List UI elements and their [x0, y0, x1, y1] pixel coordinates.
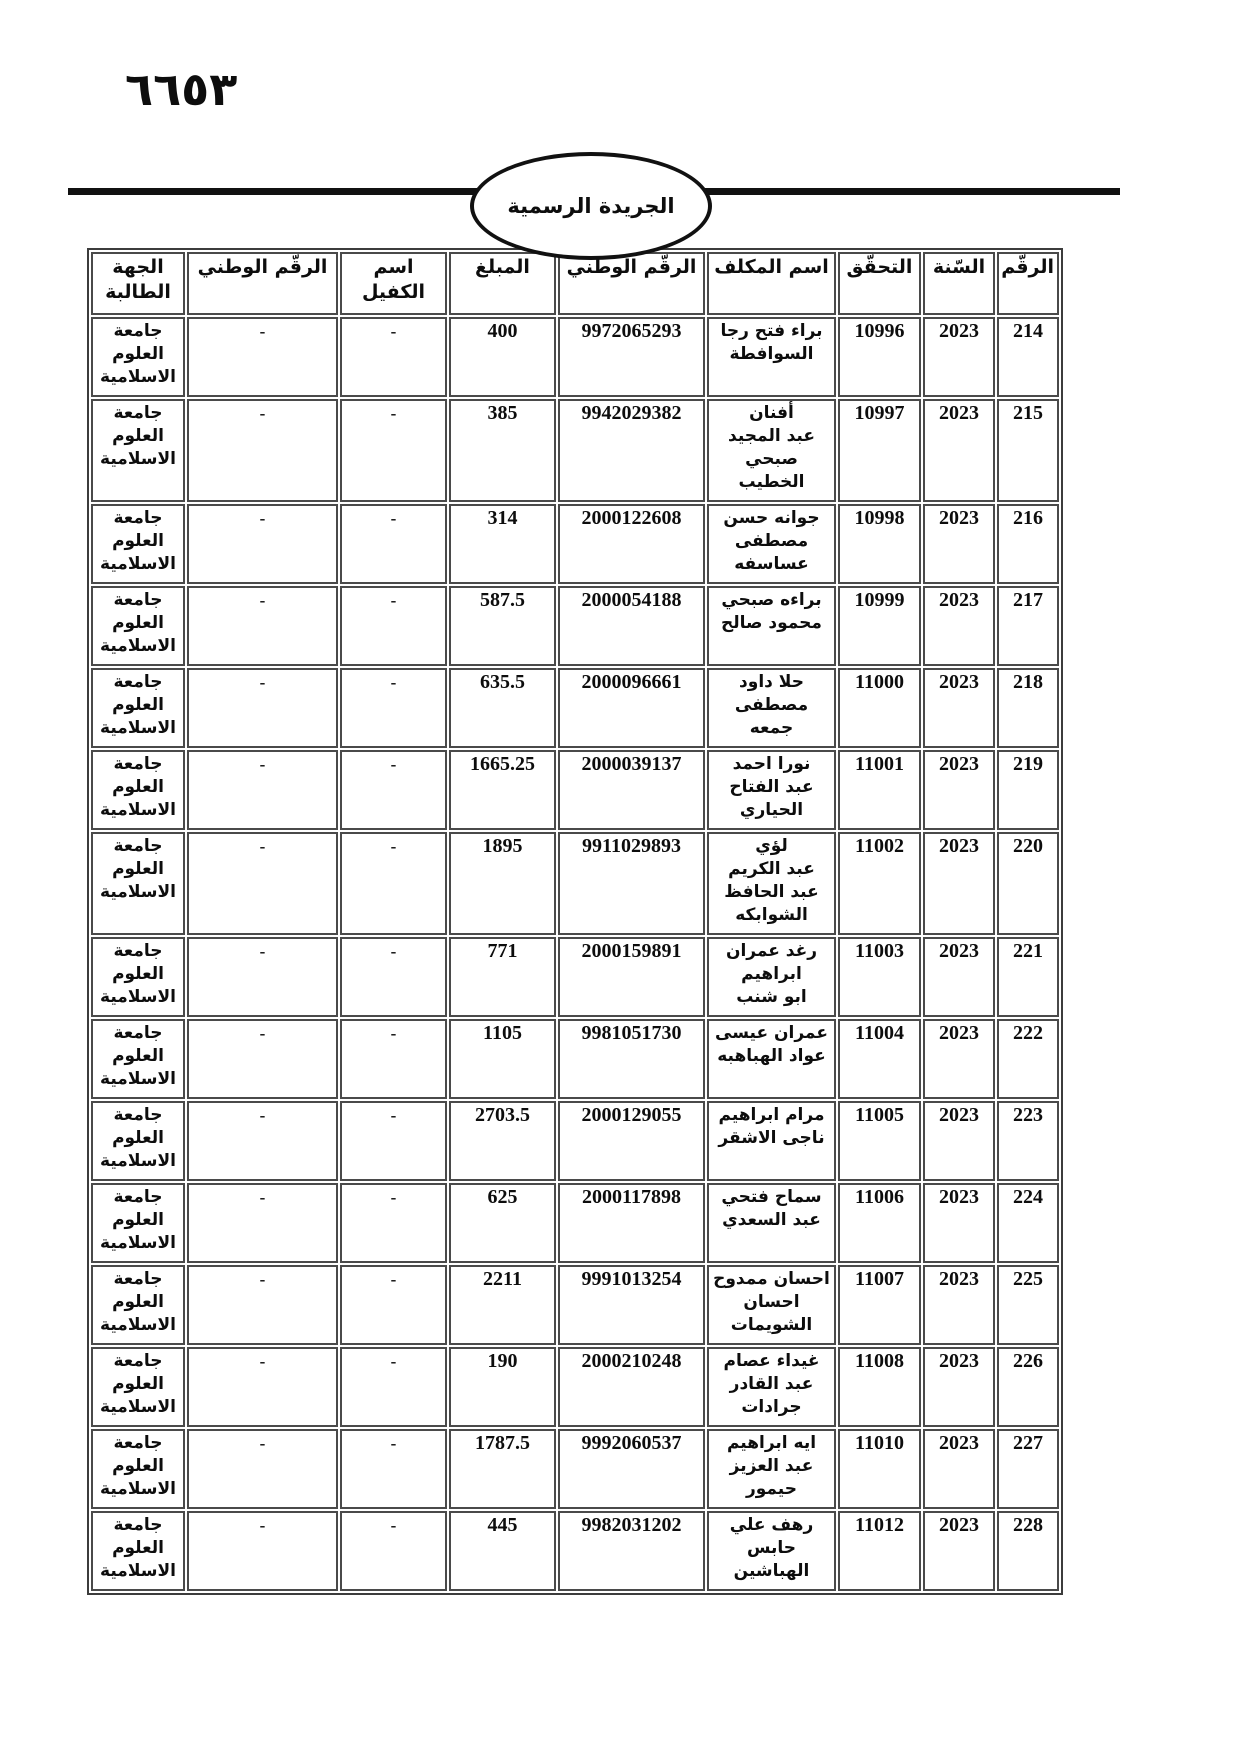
cell-verify: 10996 — [838, 317, 921, 397]
gazette-banner: الجريدة الرسمية — [470, 152, 712, 260]
cell-seq: 228 — [997, 1511, 1059, 1591]
table-row: 216 2023 10998 جوانه حسن مصطفى عساسفه 20… — [91, 504, 1059, 584]
cell-amount: 190 — [449, 1347, 556, 1427]
cell-sponsor-name: - — [340, 1183, 447, 1263]
cell-year: 2023 — [923, 399, 995, 502]
cell-sponsor-national-id: - — [187, 399, 338, 502]
cell-requesting-entity: جامعة العلوم الاسلامية — [91, 1429, 185, 1509]
cell-requesting-entity: جامعة العلوم الاسلامية — [91, 937, 185, 1017]
cell-national-id: 2000122608 — [558, 504, 705, 584]
cell-sponsor-name: - — [340, 832, 447, 935]
cell-requesting-entity: جامعة العلوم الاسلامية — [91, 1347, 185, 1427]
header-requesting-entity: الجهة الطالبة — [91, 252, 185, 315]
cell-seq: 223 — [997, 1101, 1059, 1181]
cell-verify: 10997 — [838, 399, 921, 502]
cell-year: 2023 — [923, 750, 995, 830]
cell-amount: 635.5 — [449, 668, 556, 748]
cell-amount: 2211 — [449, 1265, 556, 1345]
cell-national-id: 9942029382 — [558, 399, 705, 502]
cell-national-id: 9991013254 — [558, 1265, 705, 1345]
cell-taxpayer-name: نورا احمد عبد الفتاح الحياري — [707, 750, 836, 830]
cell-verify: 11004 — [838, 1019, 921, 1099]
cell-verify: 11002 — [838, 832, 921, 935]
cell-verify: 11003 — [838, 937, 921, 1017]
cell-taxpayer-name: براء فتح رجا السوافطة — [707, 317, 836, 397]
cell-taxpayer-name: احسان ممدوح احسان الشويمات — [707, 1265, 836, 1345]
cell-national-id: 9992060537 — [558, 1429, 705, 1509]
cell-year: 2023 — [923, 1101, 995, 1181]
cell-taxpayer-name: ايه ابراهيم عبد العزيز حيمور — [707, 1429, 836, 1509]
cell-sponsor-name: - — [340, 1019, 447, 1099]
cell-verify: 11010 — [838, 1429, 921, 1509]
cell-amount: 771 — [449, 937, 556, 1017]
cell-national-id: 2000210248 — [558, 1347, 705, 1427]
cell-taxpayer-name: عمران عيسى عواد الهباهبه — [707, 1019, 836, 1099]
cell-year: 2023 — [923, 832, 995, 935]
cell-national-id: 2000129055 — [558, 1101, 705, 1181]
cell-verify: 11012 — [838, 1511, 921, 1591]
cell-year: 2023 — [923, 1347, 995, 1427]
table-row: 222 2023 11004 عمران عيسى عواد الهباهبه … — [91, 1019, 1059, 1099]
cell-requesting-entity: جامعة العلوم الاسلامية — [91, 1019, 185, 1099]
cell-sponsor-name: - — [340, 399, 447, 502]
cell-amount: 1895 — [449, 832, 556, 935]
cell-seq: 225 — [997, 1265, 1059, 1345]
table-row: 225 2023 11007 احسان ممدوح احسان الشويما… — [91, 1265, 1059, 1345]
cell-verify: 10999 — [838, 586, 921, 666]
header-seq: الرقّم — [997, 252, 1059, 315]
cell-seq: 221 — [997, 937, 1059, 1017]
cell-sponsor-name: - — [340, 1101, 447, 1181]
cell-year: 2023 — [923, 317, 995, 397]
cell-sponsor-national-id: - — [187, 750, 338, 830]
cell-requesting-entity: جامعة العلوم الاسلامية — [91, 1183, 185, 1263]
table-row: 221 2023 11003 رغد عمران ابراهيم ابو شنب… — [91, 937, 1059, 1017]
table-body: 214 2023 10996 براء فتح رجا السوافطة 997… — [91, 317, 1059, 1591]
cell-seq: 214 — [997, 317, 1059, 397]
table-row: 220 2023 11002 لؤي عبد الكريم عبد الحافظ… — [91, 832, 1059, 935]
cell-amount: 587.5 — [449, 586, 556, 666]
cell-taxpayer-name: رهف علي حابس الهباشين — [707, 1511, 836, 1591]
cell-amount: 625 — [449, 1183, 556, 1263]
cell-national-id: 2000039137 — [558, 750, 705, 830]
cell-year: 2023 — [923, 1511, 995, 1591]
cell-verify: 10998 — [838, 504, 921, 584]
cell-sponsor-name: - — [340, 1429, 447, 1509]
cell-sponsor-national-id: - — [187, 832, 338, 935]
cell-requesting-entity: جامعة العلوم الاسلامية — [91, 1101, 185, 1181]
cell-year: 2023 — [923, 1019, 995, 1099]
cell-sponsor-national-id: - — [187, 668, 338, 748]
cell-verify: 11005 — [838, 1101, 921, 1181]
cell-taxpayer-name: لؤي عبد الكريم عبد الحافظ الشوابكه — [707, 832, 836, 935]
cell-verify: 11000 — [838, 668, 921, 748]
cell-seq: 215 — [997, 399, 1059, 502]
cell-amount: 1787.5 — [449, 1429, 556, 1509]
table-row: 228 2023 11012 رهف علي حابس الهباشين 998… — [91, 1511, 1059, 1591]
cell-requesting-entity: جامعة العلوم الاسلامية — [91, 586, 185, 666]
cell-sponsor-name: - — [340, 317, 447, 397]
cell-seq: 226 — [997, 1347, 1059, 1427]
cell-year: 2023 — [923, 586, 995, 666]
cell-sponsor-name: - — [340, 668, 447, 748]
cell-verify: 11001 — [838, 750, 921, 830]
cell-seq: 218 — [997, 668, 1059, 748]
table-row: 214 2023 10996 براء فتح رجا السوافطة 997… — [91, 317, 1059, 397]
cell-national-id: 9982031202 — [558, 1511, 705, 1591]
cell-sponsor-national-id: - — [187, 1183, 338, 1263]
table-row: 223 2023 11005 مرام ابراهيم ناجى الاشقر … — [91, 1101, 1059, 1181]
table-row: 227 2023 11010 ايه ابراهيم عبد العزيز حي… — [91, 1429, 1059, 1509]
cell-sponsor-name: - — [340, 504, 447, 584]
header-year: السّنة — [923, 252, 995, 315]
cell-seq: 227 — [997, 1429, 1059, 1509]
cell-requesting-entity: جامعة العلوم الاسلامية — [91, 1511, 185, 1591]
cell-amount: 2703.5 — [449, 1101, 556, 1181]
cell-requesting-entity: جامعة العلوم الاسلامية — [91, 504, 185, 584]
cell-national-id: 2000096661 — [558, 668, 705, 748]
cell-verify: 11008 — [838, 1347, 921, 1427]
cell-sponsor-national-id: - — [187, 317, 338, 397]
cell-taxpayer-name: غيداء عصام عبد القادر جرادات — [707, 1347, 836, 1427]
cell-national-id: 2000159891 — [558, 937, 705, 1017]
table-row: 218 2023 11000 حلا داود مصطفى جمعه 20000… — [91, 668, 1059, 748]
header-verify: التحقّق — [838, 252, 921, 315]
header-sponsor-national-id: الرقّم الوطني — [187, 252, 338, 315]
cell-seq: 216 — [997, 504, 1059, 584]
cell-year: 2023 — [923, 504, 995, 584]
cell-sponsor-name: - — [340, 1347, 447, 1427]
cell-requesting-entity: جامعة العلوم الاسلامية — [91, 832, 185, 935]
header-taxpayer-name: اسم المكلف — [707, 252, 836, 315]
cell-requesting-entity: جامعة العلوم الاسلامية — [91, 399, 185, 502]
cell-sponsor-national-id: - — [187, 1347, 338, 1427]
table-row: 226 2023 11008 غيداء عصام عبد القادر جرا… — [91, 1347, 1059, 1427]
cell-sponsor-name: - — [340, 1511, 447, 1591]
cell-taxpayer-name: براءه صبحي محمود صالح — [707, 586, 836, 666]
cell-verify: 11007 — [838, 1265, 921, 1345]
cell-sponsor-national-id: - — [187, 1429, 338, 1509]
cell-sponsor-national-id: - — [187, 1511, 338, 1591]
header-sponsor-name: اسم الكفيل — [340, 252, 447, 315]
cell-year: 2023 — [923, 668, 995, 748]
records-table: الرقّم السّنة التحقّق اسم المكلف الرقّم … — [87, 248, 1063, 1595]
cell-sponsor-name: - — [340, 937, 447, 1017]
cell-national-id: 2000054188 — [558, 586, 705, 666]
cell-seq: 219 — [997, 750, 1059, 830]
cell-sponsor-national-id: - — [187, 586, 338, 666]
cell-sponsor-national-id: - — [187, 1019, 338, 1099]
gazette-page: ٦٦٥٣ الجريدة الرسمية الرقّم السّنة التحق… — [0, 0, 1241, 1755]
header-amount: المبلغ — [449, 252, 556, 315]
header-national-id: الرقّم الوطني — [558, 252, 705, 315]
cell-taxpayer-name: حلا داود مصطفى جمعه — [707, 668, 836, 748]
table-row: 219 2023 11001 نورا احمد عبد الفتاح الحي… — [91, 750, 1059, 830]
cell-verify: 11006 — [838, 1183, 921, 1263]
cell-amount: 1105 — [449, 1019, 556, 1099]
table-row: 217 2023 10999 براءه صبحي محمود صالح 200… — [91, 586, 1059, 666]
cell-amount: 385 — [449, 399, 556, 502]
header-row: الرقّم السّنة التحقّق اسم المكلف الرقّم … — [91, 252, 1059, 315]
cell-sponsor-national-id: - — [187, 1265, 338, 1345]
cell-sponsor-name: - — [340, 1265, 447, 1345]
cell-seq: 217 — [997, 586, 1059, 666]
cell-year: 2023 — [923, 1265, 995, 1345]
cell-seq: 222 — [997, 1019, 1059, 1099]
cell-sponsor-national-id: - — [187, 504, 338, 584]
cell-sponsor-national-id: - — [187, 1101, 338, 1181]
cell-taxpayer-name: سماح فتحي عبد السعدي — [707, 1183, 836, 1263]
cell-year: 2023 — [923, 937, 995, 1017]
cell-sponsor-name: - — [340, 586, 447, 666]
cell-requesting-entity: جامعة العلوم الاسلامية — [91, 750, 185, 830]
cell-seq: 220 — [997, 832, 1059, 935]
cell-national-id: 9911029893 — [558, 832, 705, 935]
table-row: 215 2023 10997 أفنان عبد المجيد صبحي الخ… — [91, 399, 1059, 502]
cell-national-id: 2000117898 — [558, 1183, 705, 1263]
page-number: ٦٦٥٣ — [125, 62, 237, 116]
table-row: 224 2023 11006 سماح فتحي عبد السعدي 2000… — [91, 1183, 1059, 1263]
banner-title: الجريدة الرسمية — [507, 194, 674, 218]
cell-year: 2023 — [923, 1183, 995, 1263]
cell-seq: 224 — [997, 1183, 1059, 1263]
cell-requesting-entity: جامعة العلوم الاسلامية — [91, 317, 185, 397]
cell-national-id: 9972065293 — [558, 317, 705, 397]
cell-year: 2023 — [923, 1429, 995, 1509]
cell-national-id: 9981051730 — [558, 1019, 705, 1099]
cell-taxpayer-name: رغد عمران ابراهيم ابو شنب — [707, 937, 836, 1017]
cell-taxpayer-name: جوانه حسن مصطفى عساسفه — [707, 504, 836, 584]
cell-amount: 400 — [449, 317, 556, 397]
cell-sponsor-name: - — [340, 750, 447, 830]
cell-taxpayer-name: أفنان عبد المجيد صبحي الخطيب — [707, 399, 836, 502]
cell-requesting-entity: جامعة العلوم الاسلامية — [91, 668, 185, 748]
cell-requesting-entity: جامعة العلوم الاسلامية — [91, 1265, 185, 1345]
cell-amount: 314 — [449, 504, 556, 584]
table-header: الرقّم السّنة التحقّق اسم المكلف الرقّم … — [91, 252, 1059, 315]
cell-amount: 1665.25 — [449, 750, 556, 830]
cell-sponsor-national-id: - — [187, 937, 338, 1017]
cell-taxpayer-name: مرام ابراهيم ناجى الاشقر — [707, 1101, 836, 1181]
cell-amount: 445 — [449, 1511, 556, 1591]
